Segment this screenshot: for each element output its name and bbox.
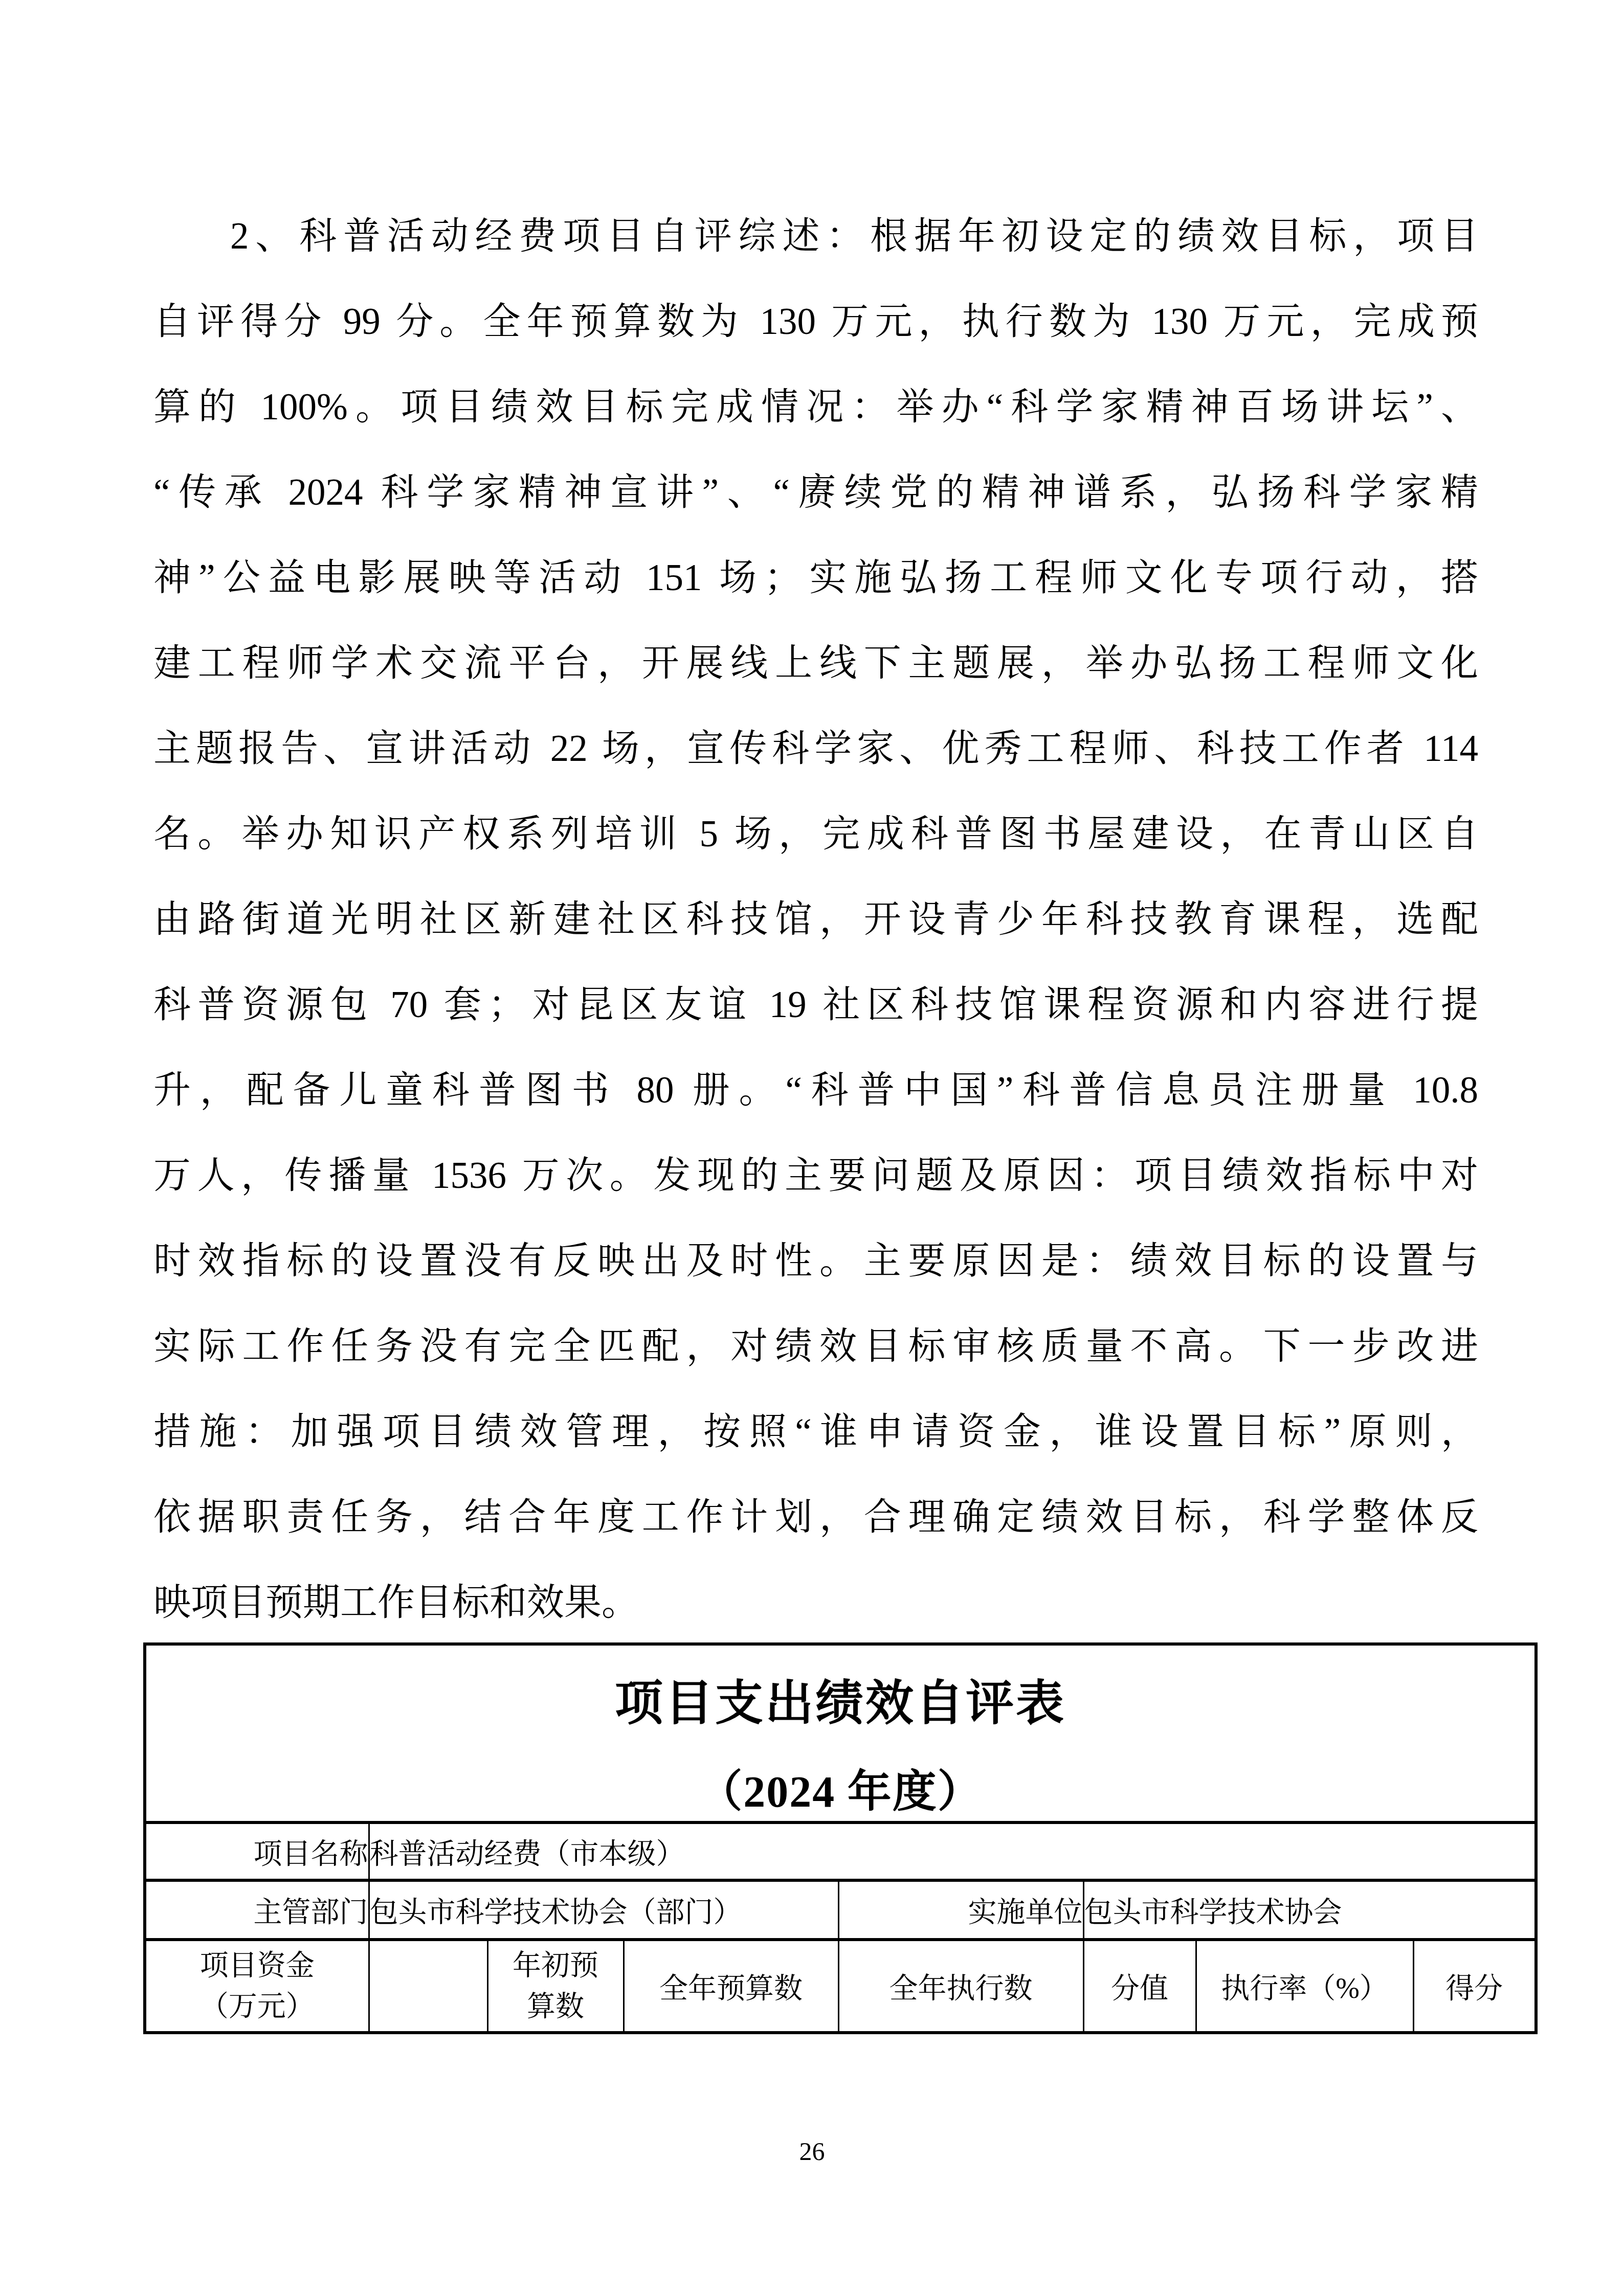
page-number: 26 (0, 2136, 1624, 2166)
table-title-cell: 项目支出绩效自评表 （2024 年度） (145, 1644, 1536, 1822)
implementing-unit-value: 包头市科学技术协会 (1083, 1880, 1536, 1940)
paragraph-line: “传承 2024 科学家精神宣讲”、“赓续党的精神谱系，弘扬科学家精 (153, 449, 1478, 535)
paragraph-line: 实际工作任务没有完全匹配，对绩效目标审核质量不高。下一步改进 (153, 1303, 1478, 1389)
project-name-value: 科普活动经费（市本级） (369, 1822, 1536, 1880)
project-funds-label: 项目资金 （万元） (145, 1940, 369, 2033)
empty-cell (369, 1940, 487, 2033)
paragraph-line: 神”公益电影展映等活动 151 场；实施弘扬工程师文化专项行动，搭 (153, 535, 1478, 620)
performance-self-evaluation-table: 项目支出绩效自评表 （2024 年度） 项目名称 科普活动经费（市本级） 主管部… (143, 1642, 1538, 2034)
project-funds-header-row: 项目资金 （万元） 年初预 算数 全年预算数 全年执行数 分值 执行率（%） 得… (145, 1940, 1536, 2033)
paragraph-line: 主题报告、宣讲活动 22 场，宣传科学家、优秀工程师、科技工作者 114 (153, 706, 1478, 791)
paragraph-line: 算的 100%。项目绩效目标完成情况：举办“科学家精神百场讲坛”、 (153, 364, 1478, 449)
begin-year-budget-header: 年初预 算数 (487, 1940, 624, 2033)
year-execution-header: 全年执行数 (838, 1940, 1083, 2033)
paragraph-line: 措施：加强项目绩效管理，按照“谁申请资金，谁设置目标”原则， (153, 1389, 1478, 1474)
department-value: 包头市科学技术协会（部门） (369, 1880, 838, 1940)
paragraph-line: 自评得分 99 分。全年预算数为 130 万元，执行数为 130 万元，完成预 (153, 279, 1478, 364)
paragraph-line: 由路街道光明社区新建社区科技馆，开设青少年科技教育课程，选配 (153, 876, 1478, 962)
table-title-row: 项目支出绩效自评表 （2024 年度） (145, 1644, 1536, 1822)
department-row: 主管部门 包头市科学技术协会（部门） 实施单位 包头市科学技术协会 (145, 1880, 1536, 1940)
table-title: 项目支出绩效自评表 (146, 1664, 1534, 1734)
project-name-label: 项目名称 (145, 1822, 369, 1880)
paragraph-line: 映项目预期工作目标和效果。 (153, 1560, 1478, 1645)
implementing-unit-label: 实施单位 (838, 1880, 1083, 1940)
document-page: 2、科普活动经费项目自评综述：根据年初设定的绩效目标，项目 自评得分 99 分。… (0, 0, 1624, 2296)
year-budget-header: 全年预算数 (624, 1940, 838, 2033)
paragraph-line: 名。举办知识产权系列培训 5 场，完成科普图书屋建设，在青山区自 (153, 791, 1478, 876)
paragraph-line: 依据职责任务，结合年度工作计划，合理确定绩效目标，科学整体反 (153, 1474, 1478, 1560)
table-subtitle: （2024 年度） (146, 1756, 1534, 1819)
execution-rate-header: 执行率（%） (1196, 1940, 1413, 2033)
paragraph-line: 万人，传播量 1536 万次。发现的主要问题及原因：项目绩效指标中对 (153, 1133, 1478, 1218)
paragraph-line: 科普资源包 70 套；对昆区友谊 19 社区科技馆课程资源和内容进行提 (153, 962, 1478, 1047)
department-label: 主管部门 (145, 1880, 369, 1940)
paragraph-line: 2、科普活动经费项目自评综述：根据年初设定的绩效目标，项目 (153, 193, 1478, 279)
paragraph-line: 建工程师学术交流平台，开展线上线下主题展，举办弘扬工程师文化 (153, 620, 1478, 706)
score-value-header: 分值 (1083, 1940, 1196, 2033)
project-name-row: 项目名称 科普活动经费（市本级） (145, 1822, 1536, 1880)
paragraph-line: 升，配备儿童科普图书 80 册。“科普中国”科普信息员注册量 10.8 (153, 1047, 1478, 1133)
paragraph-line: 时效指标的设置没有反映出及时性。主要原因是：绩效目标的设置与 (153, 1218, 1478, 1303)
score-header: 得分 (1413, 1940, 1536, 2033)
self-evaluation-paragraph: 2、科普活动经费项目自评综述：根据年初设定的绩效目标，项目 自评得分 99 分。… (153, 193, 1478, 1645)
